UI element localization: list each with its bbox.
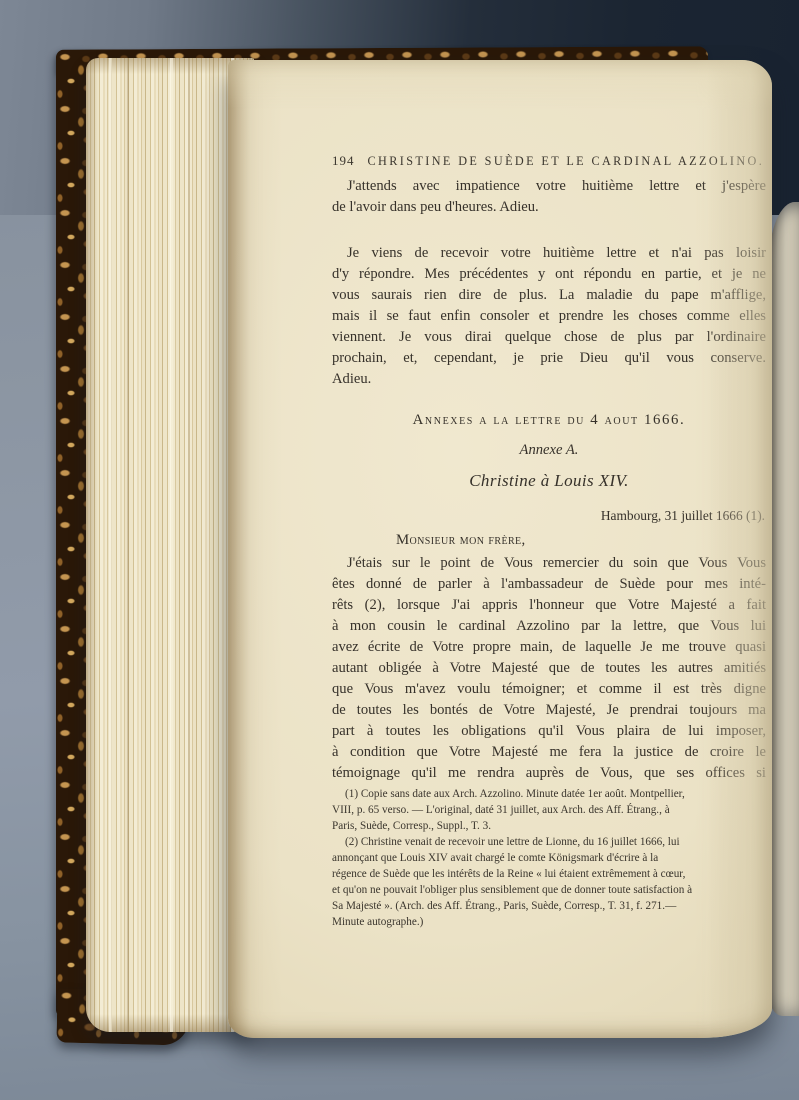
footnote-line: Minute autographe.) bbox=[332, 914, 766, 930]
text-line: avez écrite de Votre propre main, de laq… bbox=[332, 637, 766, 658]
footnote-line: et qu'on ne pouvait l'obliger plus sensi… bbox=[332, 882, 766, 898]
text-line: viennent. Je vous dirai quelque chose de… bbox=[332, 327, 766, 348]
footnote-line: Sa Majesté ». (Arch. des Aff. Étrang., P… bbox=[332, 898, 766, 914]
text-line: témoignage qu'il me rendra auprès de Vou… bbox=[332, 763, 766, 784]
footnote-line: annonçant que Louis XIV avait chargé le … bbox=[332, 850, 766, 866]
annexe-label: Annexe A. bbox=[332, 440, 766, 461]
printed-text-block: 194 CHRISTINE DE SUÈDE ET LE CARDINAL AZ… bbox=[332, 150, 766, 1010]
paragraph-2: Je viens de recevoir votre huitième lett… bbox=[332, 243, 766, 390]
paragraph-1: J'attends avec impatience votre huitième… bbox=[332, 176, 766, 218]
text-line: rêts (2), lorsque J'ai appris l'honneur … bbox=[332, 595, 766, 616]
dateline: Hambourg, 31 juillet 1666 (1). bbox=[332, 505, 766, 526]
footnote-line: VIII, p. 65 verso. — L'original, daté 31… bbox=[332, 802, 766, 818]
paragraph-3: J'étais sur le point de Vous remercier d… bbox=[332, 553, 766, 784]
text-line: Je viens de recevoir votre huitième lett… bbox=[332, 243, 766, 264]
text-line: autant obligée à Votre Majesté que de to… bbox=[332, 658, 766, 679]
text-line: à mon cousin le cardinal Azzolino par la… bbox=[332, 616, 766, 637]
text-line: part à toutes les obligations qu'il Vous… bbox=[332, 721, 766, 742]
text-line: d'y répondre. Mes précédentes y ont répo… bbox=[332, 264, 766, 285]
text-line: vous saurais rien dire de plus. La malad… bbox=[332, 285, 766, 306]
text-line: êtes donné de parler à l'ambassadeur de … bbox=[332, 574, 766, 595]
text-line: mais il se faut enfin consoler et prendr… bbox=[332, 306, 766, 327]
running-header: 194 CHRISTINE DE SUÈDE ET LE CARDINAL AZ… bbox=[332, 150, 766, 172]
gutter-page-curl bbox=[769, 202, 799, 1016]
annexes-heading: Annexes a la lettre du 4 aout 1666. bbox=[332, 410, 766, 431]
footnote-line: régence de Suède que les intérêts de la … bbox=[332, 866, 766, 882]
page-number: 194 bbox=[332, 150, 355, 171]
footnote-line: (2) Christine venait de recevoir une let… bbox=[332, 834, 766, 850]
text-line: de toutes les bontés de Votre Majesté, J… bbox=[332, 700, 766, 721]
text-line: Adieu. bbox=[332, 369, 766, 390]
text-line: J'attends avec impatience votre huitième… bbox=[332, 176, 766, 197]
letter-title: Christine à Louis XIV. bbox=[332, 470, 766, 491]
text-line: que Vous m'avez voulu témoigner; et comm… bbox=[332, 679, 766, 700]
text-line: J'étais sur le point de Vous remercier d… bbox=[332, 553, 766, 574]
footnotes: (1) Copie sans date aux Arch. Azzolino. … bbox=[332, 786, 766, 930]
footnote-line: Paris, Suède, Corresp., Suppl., T. 3. bbox=[332, 818, 766, 834]
text-line: à condition que Votre Majesté me fera la… bbox=[332, 742, 766, 763]
book-photograph: 194 CHRISTINE DE SUÈDE ET LE CARDINAL AZ… bbox=[0, 0, 799, 1100]
salutation: Monsieur mon frère, bbox=[332, 530, 766, 551]
book-page: 194 CHRISTINE DE SUÈDE ET LE CARDINAL AZ… bbox=[228, 60, 772, 1038]
text-line: prochain, et, cependant, je prie Dieu qu… bbox=[332, 348, 766, 369]
text-line: de l'avoir dans peu d'heures. Adieu. bbox=[332, 197, 766, 218]
running-title: CHRISTINE DE SUÈDE ET LE CARDINAL AZZOLI… bbox=[368, 151, 767, 172]
footnote-line: (1) Copie sans date aux Arch. Azzolino. … bbox=[332, 786, 766, 802]
